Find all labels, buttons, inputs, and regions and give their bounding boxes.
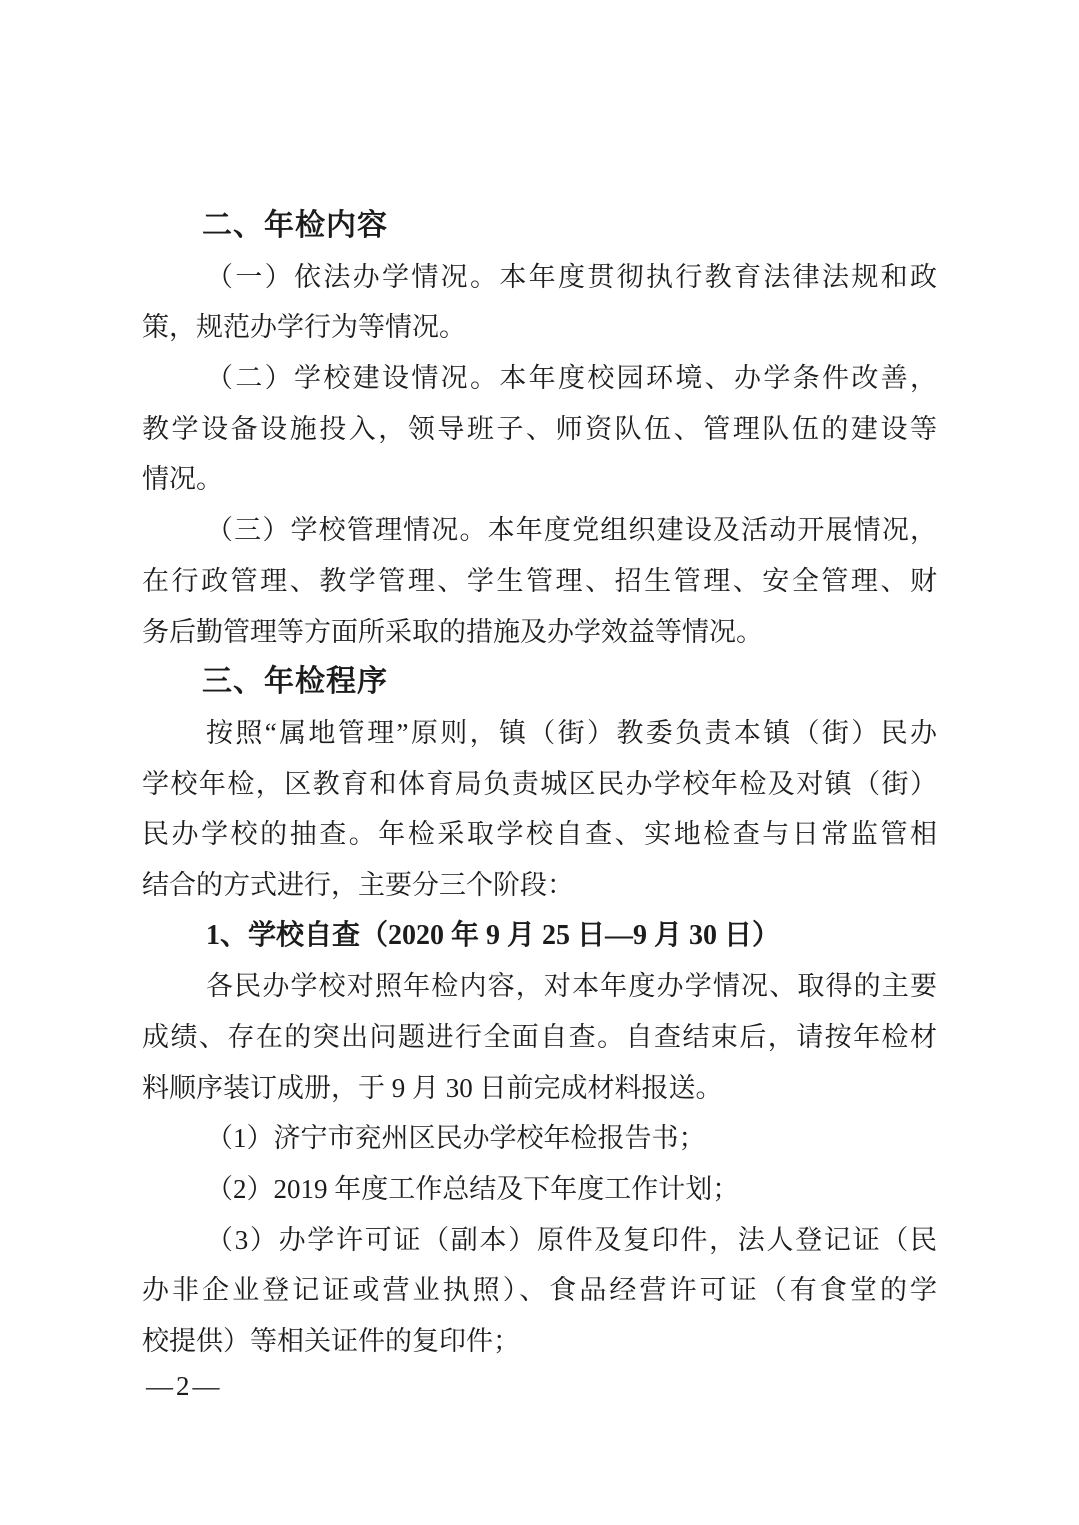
text-line: 校提供）等相关证件的复印件； <box>142 1316 937 1367</box>
section-heading: 三、年检程序 <box>142 657 937 708</box>
text-line: 策，规范办学行为等情况。 <box>142 302 937 353</box>
text-line: 在行政管理、教学管理、学生管理、招生管理、安全管理、财 <box>142 556 937 607</box>
document-body: 二、年检内容（一）依法办学情况。本年度贯彻执行教育法律法规和政策，规范办学行为等… <box>142 201 937 1367</box>
text-line: 结合的方式进行，主要分三个阶段： <box>142 860 937 911</box>
text-line: 各民办学校对照年检内容，对本年度办学情况、取得的主要 <box>142 961 937 1012</box>
section-heading: 二、年检内容 <box>142 201 937 252</box>
text-line: （3）办学许可证（副本）原件及复印件，法人登记证（民 <box>142 1215 937 1266</box>
text-line: 按照“属地管理”原则，镇（街）教委负责本镇（街）民办 <box>142 708 937 759</box>
document-page: 二、年检内容（一）依法办学情况。本年度贯彻执行教育法律法规和政策，规范办学行为等… <box>0 0 1079 1525</box>
text-line: （三）学校管理情况。本年度党组织建设及活动开展情况， <box>142 505 937 556</box>
text-line: 教学设备设施投入，领导班子、师资队伍、管理队伍的建设等 <box>142 404 937 455</box>
text-line: 办非企业登记证或营业执照）、食品经营许可证（有食堂的学 <box>142 1265 937 1316</box>
text-line: 学校年检，区教育和体育局负责城区民办学校年检及对镇（街） <box>142 759 937 810</box>
page-number: —2— <box>146 1366 223 1406</box>
text-line: 务后勤管理等方面所采取的措施及办学效益等情况。 <box>142 607 937 658</box>
text-line: 料顺序装订成册，于 9 月 30 日前完成材料报送。 <box>142 1063 937 1114</box>
text-line: （一）依法办学情况。本年度贯彻执行教育法律法规和政 <box>142 252 937 303</box>
text-line: （二）学校建设情况。本年度校园环境、办学条件改善， <box>142 353 937 404</box>
text-line: 民办学校的抽查。年检采取学校自查、实地检查与日常监管相 <box>142 809 937 860</box>
text-line: （2）2019 年度工作总结及下年度工作计划； <box>142 1164 937 1215</box>
text-line: 成绩、存在的突出问题进行全面自查。自查结束后，请按年检材 <box>142 1012 937 1063</box>
subsection-heading: 1、学校自查（2020 年 9 月 25 日—9 月 30 日） <box>142 911 937 962</box>
text-line: （1）济宁市兖州区民办学校年检报告书； <box>142 1113 937 1164</box>
text-line: 情况。 <box>142 454 937 505</box>
